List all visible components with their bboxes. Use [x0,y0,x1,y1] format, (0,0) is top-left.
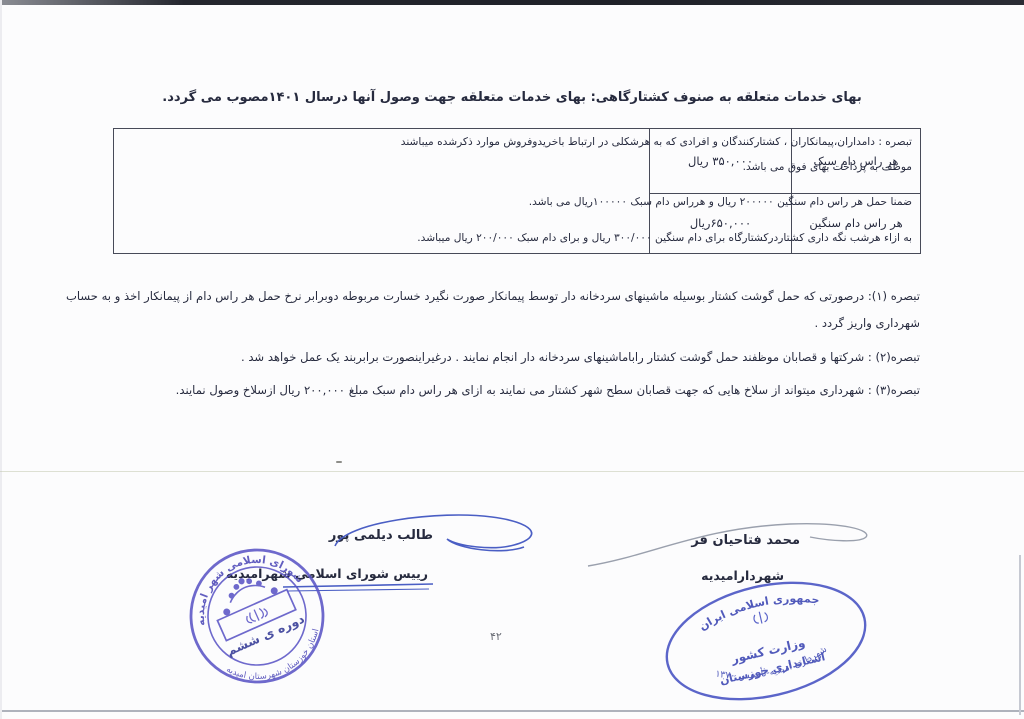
note-2: تبصره(۲) : شرکتها و قصابان موظفند حمل گو… [100,350,920,364]
table-item-cell: هر راس دام سبک [792,129,920,193]
municipality-stamp: جمهوری اسلامی ایران وزارت کشور استانداری… [648,563,884,719]
document-title: بهای خدمات متعلقه به صنوف کشتارگاهی: بها… [0,90,1024,105]
scanned-document-page: بهای خدمات متعلقه به صنوف کشتارگاهی: بها… [0,0,1024,719]
table-price-cell: ۳۵۰,۰۰۰ ریال [650,129,791,193]
paper-fold-line [0,471,1024,472]
svg-text:جمهوری اسلامی ایران: جمهوری اسلامی ایران [694,583,823,635]
table-item-cell: هر راس دام سنگین [792,194,920,252]
iran-emblem-icon [753,610,769,625]
note-1-line-2: شهرداری واریز گردد . [100,316,920,330]
scan-speck [336,461,342,463]
scan-left-edge [0,0,2,719]
stamp-band-label: دوره ی ششم [224,611,307,659]
stamp-arc-top-text: جمهوری اسلامی ایران [694,583,823,635]
scan-top-edge [0,0,1024,5]
note-1-line-1: تبصره (۱): درصورتی که حمل گوشت کشتار بوس… [100,289,920,303]
fees-table: تبصره : دامداران،پیمانکاران ، کشتارکنندگ… [113,128,921,254]
note-3: تبصره(۳) : شهرداری میتواند از سلاخ هایی … [100,383,920,397]
page-number: ۴۲ [490,630,502,643]
iran-emblem-icon [244,605,269,625]
stamp-oval-border [655,565,877,718]
mayor-name: محمد فتاحیان فر [691,533,800,548]
table-price-cell: ۶۵۰,۰۰۰ریال [650,194,791,252]
council-stamp: شورای اسلامی شهر امیدیه استان خوزستان شه… [162,521,352,711]
scan-right-edge [1019,555,1021,715]
